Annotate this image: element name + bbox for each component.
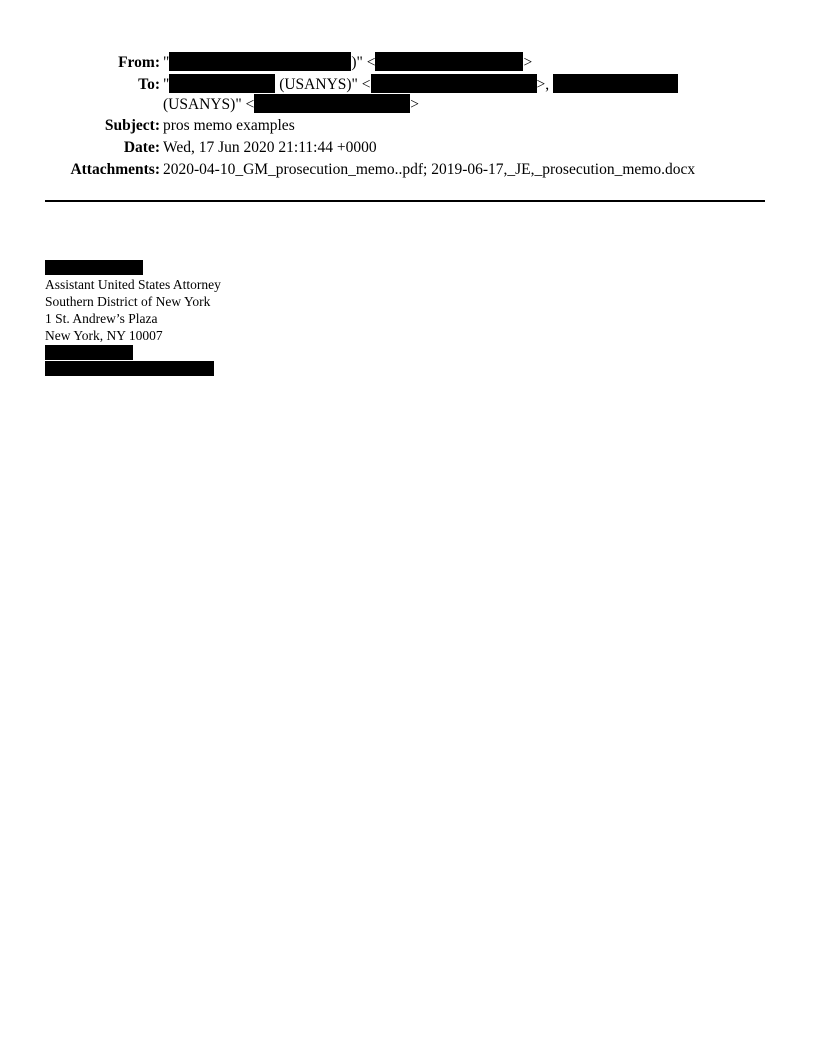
signature-block: Assistant United States Attorney Souther… bbox=[45, 259, 221, 377]
redaction-block bbox=[375, 52, 523, 71]
signature-address: 1 St. Andrew’s Plaza bbox=[45, 310, 221, 327]
to-mid: (USANYS)" < bbox=[275, 76, 370, 93]
signature-title: Assistant United States Attorney bbox=[45, 276, 221, 293]
redaction-block bbox=[553, 74, 678, 93]
redaction-block bbox=[45, 260, 143, 275]
to-sep: >, bbox=[537, 76, 554, 93]
date-label: Date: bbox=[124, 137, 160, 158]
from-label: From: bbox=[118, 52, 160, 73]
from-value: ")" <> bbox=[163, 52, 532, 73]
signature-city: New York, NY 10007 bbox=[45, 327, 221, 344]
attachments-label: Attachments: bbox=[70, 159, 160, 180]
subject-label: Subject: bbox=[105, 115, 160, 136]
header-divider bbox=[45, 200, 765, 202]
redaction-block bbox=[254, 94, 410, 113]
signature-office: Southern District of New York bbox=[45, 293, 221, 310]
subject-value: pros memo examples bbox=[163, 115, 295, 136]
to-value: " (USANYS)" <>, bbox=[163, 74, 678, 95]
to-line2-suffix: > bbox=[410, 96, 419, 113]
from-mid: )" < bbox=[351, 54, 375, 71]
date-value: Wed, 17 Jun 2020 21:11:44 +0000 bbox=[163, 137, 377, 158]
redaction-block bbox=[169, 52, 351, 71]
to-value-continued: (USANYS)" <> bbox=[163, 94, 419, 115]
from-suffix: > bbox=[523, 54, 532, 71]
redaction-block bbox=[45, 361, 214, 376]
redaction-block bbox=[169, 74, 275, 93]
redaction-block bbox=[371, 74, 537, 93]
redaction-block bbox=[45, 345, 133, 360]
attachments-value: 2020-04-10_GM_prosecution_memo..pdf; 201… bbox=[163, 159, 695, 180]
to-label: To: bbox=[138, 74, 160, 95]
to-line2-prefix: (USANYS)" < bbox=[163, 96, 254, 113]
